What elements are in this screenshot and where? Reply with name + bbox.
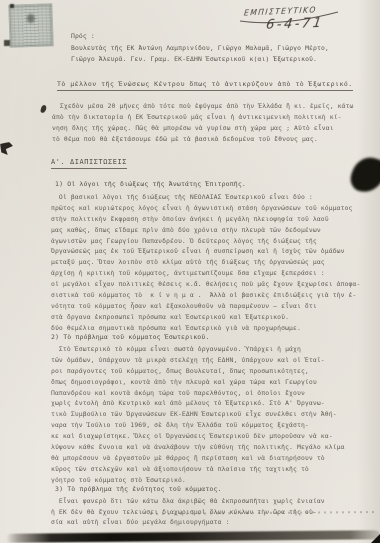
text-line: Στὸ Ἐσωτερικὸ τὸ κόμμα εἶναι σωστὰ ὀργαν… bbox=[51, 344, 345, 355]
section-a-heading-text: Α'. ΔΙΑΠΙΣΤΩΣΕΙΣ bbox=[51, 158, 127, 169]
text-line: μεταξύ μας. Ὅταν λοιπὸν στὸ κλίμα αὐτὸ τ… bbox=[51, 257, 360, 268]
text-line: τὸ θέμα ποὺ θὰ ἐξετάσουμε ἐδῶ μὲ τὰ βασι… bbox=[52, 134, 354, 145]
text-line: ἀπὸ τὴν δικτατορία ἡ ΕΚ Ἐσωτερικοῦ μᾶς ε… bbox=[52, 112, 354, 123]
text-line: ἀρχίσῃ ἡ κριτικὴ τοῦ κόμματος, ἀντιμετωπ… bbox=[51, 268, 360, 279]
text-line: Ὀργανώσεώς μας ἐκ τοῦ Ἐξωτερικοῦ εἶναι ἡ… bbox=[51, 246, 360, 257]
text-line: τῶν ὁμάδων, ὑπάρχουν τὰ μικρὰ στελέχη τῆ… bbox=[51, 355, 345, 366]
text-line: λύψουν κάθε ἔννοια καὶ νὰ ἀναλάβουν τὴν … bbox=[51, 442, 345, 453]
text-line: σία καὶ αὐτὴ εἶναι δύο μεγάλα δημιουργήμ… bbox=[51, 517, 325, 528]
text-line: στὴν πολιτικὴν ἔκφραση στὴν ὁποίαν ἀνήκε… bbox=[51, 214, 360, 225]
text-line: σιστικὰ τοῦ κόμματος τὸ κ ί ν η μ α . Ἀλ… bbox=[51, 290, 360, 301]
document-title-text: Τὸ μέλλον τῆς Ἑνώσεως Κέντρου ὅπως τὸ ἀν… bbox=[57, 80, 353, 91]
text-line: οἱ μεγάλοι εἶχαν πολιτικὲς θέσεις κ.ἄ. θ… bbox=[51, 279, 360, 290]
postage-stamp-icon bbox=[8, 3, 53, 48]
item-2-heading: 2) Τὸ πρόβλημα τοῦ κόμματος Ἐσωτερικοῦ. bbox=[51, 333, 209, 341]
scan-artifact-right bbox=[347, 153, 380, 197]
text-line: νηση ὅλης τῆς χώρας. Πῶς θὰ μπορέσω νὰ γ… bbox=[52, 123, 354, 134]
item-1-heading: 1) Οἱ λόγοι τῆς διώξεως τῆς Ἀνωτάτης Ἐπι… bbox=[55, 180, 246, 188]
handwritten-date: 6-4-71 bbox=[265, 16, 325, 33]
text-line: Βουλευτὰς τῆς ΕΚ Ἀντώνη Λαμπρινίδου, Γιῶ… bbox=[71, 43, 329, 54]
intro-paragraph: Σχεδὸν μέσα 20 μῆνες ἀπὸ τότε ποὺ ἐφύγαμ… bbox=[52, 101, 354, 145]
item-2-paragraph: Στὸ Ἐσωτερικὸ τὸ κόμμα εἶναι σωστὰ ὀργαν… bbox=[51, 344, 345, 486]
recipient-list: Βουλευτὰς τῆς ΕΚ Ἀντώνη Λαμπρινίδου, Γιῶ… bbox=[71, 43, 329, 65]
ink-mark bbox=[4, 40, 10, 46]
scanned-document-page: ΕΜΠΙΣΤΕΥΤΙΚΟ 6-4-71 Πρός : Βουλευτὰς τῆς… bbox=[0, 0, 380, 543]
text-line: μας καθὼς, ὅπως εἴδαμε πρὶν ἀπὸ δύο χρόν… bbox=[51, 225, 360, 236]
text-line: νότητα τοῦ κόμματος ἦσαν καὶ ἐξακολουθοῦ… bbox=[51, 301, 360, 312]
document-title: Τὸ μέλλον τῆς Ἑνώσεως Κέντρου ὅπως τὸ ἀν… bbox=[57, 80, 353, 88]
text-line: κε καὶ διαχωρίστηκε. Ὅλες οἱ Ὀργανώσεις … bbox=[51, 431, 345, 442]
text-line: στὰ ὄργανα ἐκπροσωπεῖ πρόσωπα καὶ Ἐσωτερ… bbox=[51, 312, 360, 323]
text-line: τικὸ Συμβούλιο τῶν Ὀργανώσεων ΕΚ-ΕΔΗΝ Ἐσ… bbox=[51, 409, 345, 420]
text-line: ἀγωνιστῶν μας Γεωργίου Παπανδρέου. Ὁ δεύ… bbox=[51, 236, 360, 247]
recipient-label: Πρός : bbox=[71, 32, 95, 40]
text-line: δύο θεμέλια σημαντικὰ πρόσωπα καὶ Ἐσωτερ… bbox=[51, 323, 360, 334]
text-line: Οἱ βασικοὶ λόγοι τῆς διώξεως τῆς ΝΕΟΛΑΙΑ… bbox=[51, 192, 360, 203]
text-line: θὰ μπορέσουν νὰ ἐργαστοῦν μὲ θάρρος ἢ πε… bbox=[51, 453, 345, 464]
section-a-heading: Α'. ΔΙΑΠΙΣΤΩΣΕΙΣ bbox=[51, 158, 127, 166]
text-line: χωρὶς ἐντολὴ ἀπὸ Κεντρικὸ καὶ ἀπὸ μέλους… bbox=[51, 398, 345, 409]
text-line: Παπανδρέου καὶ κοντὰ ἀκόμη τώρα τοῦ παρε… bbox=[51, 388, 345, 399]
text-line: κῦρος τῶν στελεχῶν καὶ νὰ ἀξιοποιήσουν τ… bbox=[51, 464, 345, 475]
text-line: Εἶναι φανερὸ ὅτι τῶν κάτω ὅλα ἀκριβῶς θὰ… bbox=[51, 496, 325, 507]
scan-artifact-left bbox=[0, 142, 13, 155]
text-line: γόητρο τοῦ κόμματος στὸ Ἐσωτερικό. bbox=[51, 475, 345, 486]
ink-mark bbox=[10, 4, 14, 8]
item-3-heading: 3) Τὸ πρόβλημα τῆς ἑνότητος τοῦ κόμματος… bbox=[55, 485, 222, 493]
ink-mark bbox=[40, 104, 47, 113]
text-line: πρῶτος καὶ κυριώτερος λόγος εἶναι ἡ ἀγων… bbox=[51, 203, 360, 214]
stamp-smudge bbox=[26, 14, 34, 23]
scan-shadow-bottom bbox=[6, 530, 380, 543]
text-line: ναρα τὴν Ἰούλιο τοῦ 1969, σὲ ὅλη τὴν Ἑλλ… bbox=[51, 420, 345, 431]
item-1-paragraph: Οἱ βασικοὶ λόγοι τῆς διώξεως τῆς ΝΕΟΛΑΙΑ… bbox=[51, 192, 360, 334]
text-line: Σχεδὸν μέσα 20 μῆνες ἀπὸ τότε ποὺ ἐφύγαμ… bbox=[52, 101, 354, 112]
text-line: ροι παράγοντες τοῦ κόμματος, ὅπως Βουλευ… bbox=[51, 366, 345, 377]
text-line: Γιῶργο Ἀλευρᾶ. Γεν. Γραμ. ΕΚ-ΕΔΗΝ Ἐσωτερ… bbox=[71, 54, 329, 65]
text-line: ὅπως δημοσιογράφοι, κοντὰ ἀπὸ τὴν πλευρὰ… bbox=[51, 377, 345, 388]
